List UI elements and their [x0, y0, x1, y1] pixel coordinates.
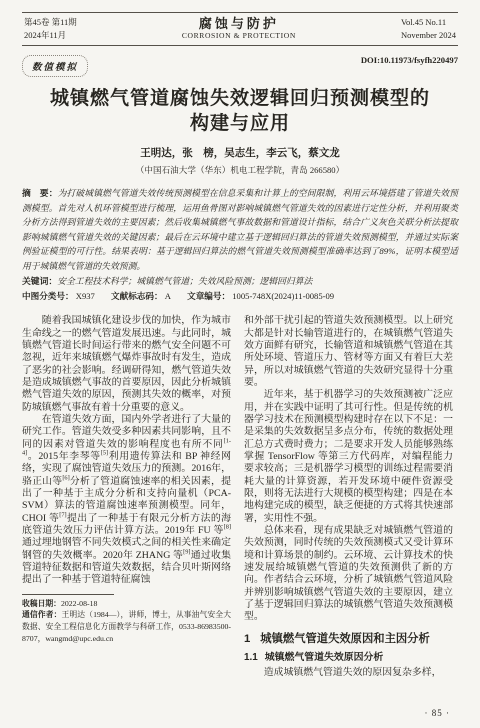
article-id: 1005-748X(2024)11-0085-09	[232, 291, 334, 301]
page-title: 城镇燃气管道腐蚀失效逻辑回归预测模型的 构建与应用	[22, 86, 458, 136]
section-heading-1-1: 1.1城镇燃气管道失效原因分析	[244, 652, 453, 664]
clc-number: X937	[76, 291, 95, 301]
clc-label: 中图分类号：	[22, 291, 74, 301]
citation-ref: [7]	[59, 511, 66, 518]
subsection-number: 1.1	[244, 652, 258, 663]
section-number: 1	[244, 633, 250, 645]
received-date: 2022-08-18	[61, 599, 97, 608]
keywords-block: 关键词：安全工程技术科学；城镇燃气管道；失效风险预测；逻辑回归算法	[22, 274, 458, 289]
section-title: 城镇燃气管道失效原因和主因分析	[260, 633, 429, 645]
category-badge: 数值模拟	[22, 55, 88, 77]
issue-number-cn: 第45卷 第11期	[24, 16, 77, 29]
body-paragraph: 随着我国城镇化建设步伐的加快，作为城市生命线之一的燃气管道发展迅速。与此同时，城…	[22, 315, 231, 414]
issue-date-cn: 2024年11月	[24, 29, 77, 42]
section-heading-1: 1城镇燃气管道失效原因和主因分析	[244, 633, 453, 645]
journal-name-block: 腐蚀与防护 CORROSION & PROTECTION	[182, 16, 296, 41]
classification-row: 中图分类号： X937 文献标志码： A 文章编号： 1005-748X(202…	[22, 289, 458, 303]
doi-text: DOI:10.11973/fsyfh220497	[361, 55, 458, 65]
received-date-line: 收稿日期：2022-08-18	[22, 598, 231, 610]
body-paragraph: 在管道失效方面，国内外学者进行了大量的研究工作。管道失效受多种因素共同影响，且不…	[22, 414, 231, 587]
citation-ref: [5]	[101, 450, 108, 457]
subsection-title: 城镇燃气管道失效原因分析	[265, 652, 384, 663]
journal-header: 第45卷 第11期 2024年11月 腐蚀与防护 CORROSION & PRO…	[22, 13, 458, 46]
footnote-block: 收稿日期：2022-08-18 通信作者：王明达（1984—），讲师，博士，从事…	[22, 594, 231, 644]
badge-doi-row: 数值模拟 DOI:10.11973/fsyfh220497	[22, 55, 458, 77]
title-line-2: 构建与应用	[22, 111, 458, 136]
footnote-rule	[22, 594, 114, 595]
abstract-text: 为打破城镇燃气管道失效传统预测模型在信息采集和计算上的空间限制，利用云环境搭建了…	[22, 188, 458, 271]
received-label: 收稿日期：	[22, 599, 61, 608]
right-column: 和外部干扰引起的管道失效预测模型。以上研究大都是针对长输管道进行的，在城镇燃气管…	[244, 315, 453, 680]
citation-ref: [6]	[62, 474, 69, 481]
body-paragraph: 总体来看，现有成果缺乏对城镇燃气管道的失效预测，同时传统的失效预测模式又受计算环…	[244, 525, 453, 624]
journal-title-en: CORROSION & PROTECTION	[182, 31, 296, 41]
text-segment: 在管道失效方面，国内外学者进行了大量的研究工作。管道失效受多种因素共同影响，且不…	[22, 414, 231, 450]
title-line-1: 城镇燃气管道腐蚀失效逻辑回归预测模型的	[22, 86, 458, 111]
left-column: 随着我国城镇化建设步伐的加快，作为城市生命线之一的燃气管道发展迅速。与此同时，城…	[22, 315, 231, 680]
page-number: · 85 ·	[425, 708, 451, 718]
doc-code-label: 文献标志码：	[111, 291, 163, 301]
article-id-label: 文章编号：	[187, 291, 230, 301]
citation-ref: [8]	[224, 524, 231, 531]
volume-number-en: Vol.45 No.11	[401, 16, 456, 29]
body-columns: 随着我国城镇化建设步伐的加快，作为城市生命线之一的燃气管道发展迅速。与此同时，城…	[22, 315, 458, 680]
journal-title-cn: 腐蚀与防护	[182, 16, 296, 31]
citation-ref: [9]	[183, 548, 190, 555]
journal-page: 第45卷 第11期 2024年11月 腐蚀与防护 CORROSION & PRO…	[0, 0, 480, 728]
author-list: 王明达，张 榜，吴志生，李云飞，蔡文龙	[22, 145, 458, 160]
header-volume-block: Vol.45 No.11 November 2024	[401, 16, 456, 41]
body-paragraph: 和外部干扰引起的管道失效预测模型。以上研究大都是针对长输管道进行的，在城镇燃气管…	[244, 315, 453, 389]
doc-code: A	[165, 291, 171, 301]
text-segment: 。2015年李琴等	[27, 451, 101, 462]
issue-date-en: November 2024	[401, 29, 456, 42]
corresponding-author-line: 通信作者：王明达（1984—），讲师，博士，从事油气安全大数据、安全工程信息化方…	[22, 609, 231, 644]
body-paragraph: 造成城镇燃气管道失效的原因复杂多样，	[244, 667, 453, 679]
author-affiliation: （中国石油大学（华东）机电工程学院，青岛 266580）	[22, 164, 458, 176]
abstract-block: 摘 要：为打破城镇燃气管道失效传统预测模型在信息采集和计算上的空间限制，利用云环…	[22, 186, 458, 274]
keywords-label: 关键词：	[22, 276, 57, 286]
keywords-text: 安全工程技术科学；城镇燃气管道；失效风险预测；逻辑回归算法	[57, 276, 312, 286]
corresponding-author-label: 通信作者：	[22, 610, 61, 619]
header-issue-block: 第45卷 第11期 2024年11月	[24, 16, 77, 41]
abstract-label: 摘 要：	[22, 188, 58, 198]
body-paragraph: 近年来，基于机器学习的失效预测被广泛应用，并在实践中证明了其可行性。但是传统的机…	[244, 389, 453, 525]
